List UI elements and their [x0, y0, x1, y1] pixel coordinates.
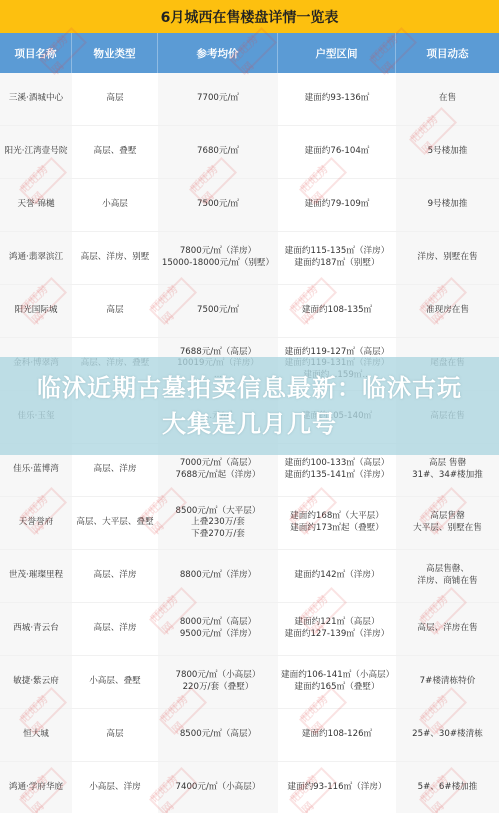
cell-project-status: 在售	[396, 73, 499, 125]
cell-line: 7400元/㎡（小高层）	[176, 782, 261, 794]
cell-line: 洋房、商铺在售	[417, 576, 477, 588]
cell-project-status: 9号楼加推	[396, 179, 499, 231]
table-title: 6月城西在售楼盘详情一览表	[0, 0, 499, 33]
cell-line: 7688元/㎡起（洋房）	[176, 470, 261, 482]
table-row: 天誉誉府高层、大平层、叠墅8500元/㎡（大平层）上叠230万/套下叠270万/…	[0, 497, 499, 550]
cell-unit-area: 建面约76-104㎡	[278, 126, 396, 178]
cell-project-name: 阳光国际城	[0, 285, 72, 337]
cell-reference-price: 7800元/㎡（小高层）220万/套（叠墅）	[158, 656, 278, 708]
cell-unit-area: 建面约79-109㎡	[278, 179, 396, 231]
cell-project-name: 鸿通·学府华庭	[0, 762, 72, 813]
cell-project-status: 洋房、别墅在售	[396, 232, 499, 284]
cell-line: 建面约93-136㎡	[305, 93, 370, 105]
cell-property-type: 高层	[72, 73, 158, 125]
cell-reference-price: 8500元/㎡（高层）	[158, 709, 278, 761]
cell-project-name: 恒大城	[0, 709, 72, 761]
headline-text: 临沭近期古墓拍卖信息最新：临沭古玩大集是几月几号	[0, 370, 499, 442]
cell-line: 7800元/㎡（小高层）	[176, 670, 261, 682]
cell-line: 9500元/㎡（洋房）	[180, 629, 256, 641]
column-header-type: 物业类型	[72, 33, 158, 73]
column-header-name: 项目名称	[0, 33, 72, 73]
table-header: 项目名称 物业类型 参考均价 户型区间 项目动态	[0, 33, 499, 73]
cell-line: 建面约187㎡（别墅）	[294, 258, 379, 270]
cell-line: 建面约106-141㎡（小高层）	[281, 670, 393, 682]
cell-line: 9号楼加推	[428, 199, 468, 211]
cell-line: 建面约108-126㎡	[302, 729, 372, 741]
cell-reference-price: 7500元/㎡	[158, 285, 278, 337]
cell-unit-area: 建面约93-136㎡	[278, 73, 396, 125]
cell-reference-price: 8000元/㎡（高层）9500元/㎡（洋房）	[158, 603, 278, 655]
table-row: 阳光国际城高层7500元/㎡建面约108-135㎡准现房在售	[0, 285, 499, 338]
table-row: 鸿通·翡翠滨江高层、洋房、别墅7800元/㎡（洋房）15000-18000元/㎡…	[0, 232, 499, 285]
cell-line: 220万/套（叠墅）	[183, 682, 254, 694]
cell-property-type: 高层、大平层、叠墅	[72, 497, 158, 549]
cell-line: 高层、洋房在售	[417, 623, 477, 635]
cell-unit-area: 建面约108-135㎡	[278, 285, 396, 337]
column-header-price: 参考均价	[158, 33, 278, 73]
listing-table-page: 6月城西在售楼盘详情一览表 项目名称 物业类型 参考均价 户型区间 项目动态 三…	[0, 0, 499, 813]
table-row: 西城·青云台高层、洋房8000元/㎡（高层）9500元/㎡（洋房）建面约121㎡…	[0, 603, 499, 656]
cell-line: 建面约168㎡（大平层）	[290, 511, 384, 523]
cell-project-name: 西城·青云台	[0, 603, 72, 655]
cell-reference-price: 7800元/㎡（洋房）15000-18000元/㎡（别墅）	[158, 232, 278, 284]
cell-line: 高层 售罄	[429, 458, 466, 470]
cell-line: 15000-18000元/㎡（别墅）	[162, 258, 274, 270]
cell-unit-area: 建面约106-141㎡（小高层）建面约165㎡（叠墅）	[278, 656, 396, 708]
cell-property-type: 高层、洋房	[72, 550, 158, 602]
cell-line: 建面约165㎡（叠墅）	[294, 682, 379, 694]
cell-line: 7500元/㎡	[197, 199, 239, 211]
cell-property-type: 高层	[72, 285, 158, 337]
cell-line: 建面约173㎡起（叠墅）	[290, 523, 384, 535]
cell-property-type: 小高层	[72, 179, 158, 231]
cell-project-name: 敏捷·紫云府	[0, 656, 72, 708]
cell-line: 在售	[439, 93, 456, 105]
cell-unit-area: 建面约108-126㎡	[278, 709, 396, 761]
cell-project-name: 阳光·江湾壹号院	[0, 126, 72, 178]
cell-line: 建面约76-104㎡	[305, 146, 370, 158]
cell-project-status: 5号楼加推	[396, 126, 499, 178]
cell-project-status: 7#楼清栋特价	[396, 656, 499, 708]
cell-property-type: 高层、洋房、别墅	[72, 232, 158, 284]
cell-line: 大平层、别墅在售	[413, 523, 482, 535]
table-row: 恒大城高层8500元/㎡（高层）建面约108-126㎡25#、30#楼清栋	[0, 709, 499, 762]
table-row: 三溪·酒城中心高层7700元/㎡建面约93-136㎡在售	[0, 73, 499, 126]
cell-line: 8800元/㎡（洋房）	[180, 570, 256, 582]
cell-line: 上叠230万/套	[191, 517, 245, 529]
cell-reference-price: 8500元/㎡（大平层）上叠230万/套下叠270万/套	[158, 497, 278, 549]
cell-project-status: 高层售罄、洋房、商铺在售	[396, 550, 499, 602]
cell-project-name: 世茂·璀璨里程	[0, 550, 72, 602]
cell-reference-price: 7700元/㎡	[158, 73, 278, 125]
cell-line: 建面约115-135㎡（洋房）	[285, 246, 390, 258]
cell-line: 建面约135-141㎡（洋房）	[285, 470, 390, 482]
cell-unit-area: 建面约142㎡（洋房）	[278, 550, 396, 602]
cell-line: 31#、34#楼加推	[412, 470, 483, 482]
cell-line: 7700元/㎡	[197, 93, 239, 105]
table-row: 天誉·锦樾小高层7500元/㎡建面约79-109㎡9号楼加推	[0, 179, 499, 232]
cell-unit-area: 建面约115-135㎡（洋房）建面约187㎡（别墅）	[278, 232, 396, 284]
cell-project-name: 天誉誉府	[0, 497, 72, 549]
cell-line: 5#、6#楼加推	[418, 782, 478, 794]
cell-line: 建面约142㎡（洋房）	[294, 570, 379, 582]
headline-overlay: 临沭近期古墓拍卖信息最新：临沭古玩大集是几月几号	[0, 357, 499, 455]
column-header-status: 项目动态	[396, 33, 499, 73]
cell-project-status: 高层售罄大平层、别墅在售	[396, 497, 499, 549]
cell-reference-price: 7400元/㎡（小高层）	[158, 762, 278, 813]
cell-project-name: 鸿通·翡翠滨江	[0, 232, 72, 284]
cell-line: 8500元/㎡（大平层）	[176, 506, 261, 518]
cell-line: 洋房、别墅在售	[417, 252, 477, 264]
cell-project-status: 25#、30#楼清栋	[396, 709, 499, 761]
table-row: 世茂·璀璨里程高层、洋房8800元/㎡（洋房）建面约142㎡（洋房）高层售罄、洋…	[0, 550, 499, 603]
cell-line: 7500元/㎡	[197, 305, 239, 317]
cell-line: 建面约93-116㎡（洋房）	[287, 782, 386, 794]
cell-line: 5号楼加推	[428, 146, 468, 158]
cell-project-status: 5#、6#楼加推	[396, 762, 499, 813]
cell-line: 25#、30#楼清栋	[412, 729, 483, 741]
cell-unit-area: 建面约168㎡（大平层）建面约173㎡起（叠墅）	[278, 497, 396, 549]
cell-line: 准现房在售	[426, 305, 469, 317]
cell-line: 建面约79-109㎡	[305, 199, 370, 211]
table-row: 阳光·江湾壹号院高层、叠墅7680元/㎡建面约76-104㎡5号楼加推	[0, 126, 499, 179]
cell-line: 7680元/㎡	[197, 146, 239, 158]
cell-property-type: 高层、洋房	[72, 603, 158, 655]
table-row: 鸿通·学府华庭小高层、洋房7400元/㎡（小高层）建面约93-116㎡（洋房）5…	[0, 762, 499, 813]
cell-line: 8500元/㎡（高层）	[180, 729, 256, 741]
cell-property-type: 小高层、叠墅	[72, 656, 158, 708]
column-header-area: 户型区间	[278, 33, 396, 73]
cell-project-status: 准现房在售	[396, 285, 499, 337]
cell-reference-price: 8800元/㎡（洋房）	[158, 550, 278, 602]
cell-reference-price: 7680元/㎡	[158, 126, 278, 178]
cell-line: 下叠270万/套	[191, 529, 245, 541]
cell-line: 建面约127-139㎡（洋房）	[285, 629, 390, 641]
cell-line: 高层售罄、	[426, 564, 469, 576]
cell-line: 建面约100-133㎡（高层）	[285, 458, 390, 470]
cell-property-type: 高层、叠墅	[72, 126, 158, 178]
cell-line: 8000元/㎡（高层）	[180, 617, 256, 629]
cell-unit-area: 建面约93-116㎡（洋房）	[278, 762, 396, 813]
cell-property-type: 高层	[72, 709, 158, 761]
cell-line: 7#楼清栋特价	[420, 676, 476, 688]
cell-line: 7800元/㎡（洋房）	[180, 246, 256, 258]
cell-unit-area: 建面约121㎡（高层）建面约127-139㎡（洋房）	[278, 603, 396, 655]
cell-project-status: 高层、洋房在售	[396, 603, 499, 655]
cell-reference-price: 7500元/㎡	[158, 179, 278, 231]
cell-line: 高层售罄	[430, 511, 464, 523]
cell-property-type: 小高层、洋房	[72, 762, 158, 813]
cell-project-name: 天誉·锦樾	[0, 179, 72, 231]
cell-project-name: 三溪·酒城中心	[0, 73, 72, 125]
cell-line: 7000元/㎡（高层）	[180, 458, 256, 470]
table-row: 敏捷·紫云府小高层、叠墅7800元/㎡（小高层）220万/套（叠墅）建面约106…	[0, 656, 499, 709]
cell-line: 建面约108-135㎡	[302, 305, 372, 317]
cell-line: 建面约121㎡（高层）	[294, 617, 379, 629]
